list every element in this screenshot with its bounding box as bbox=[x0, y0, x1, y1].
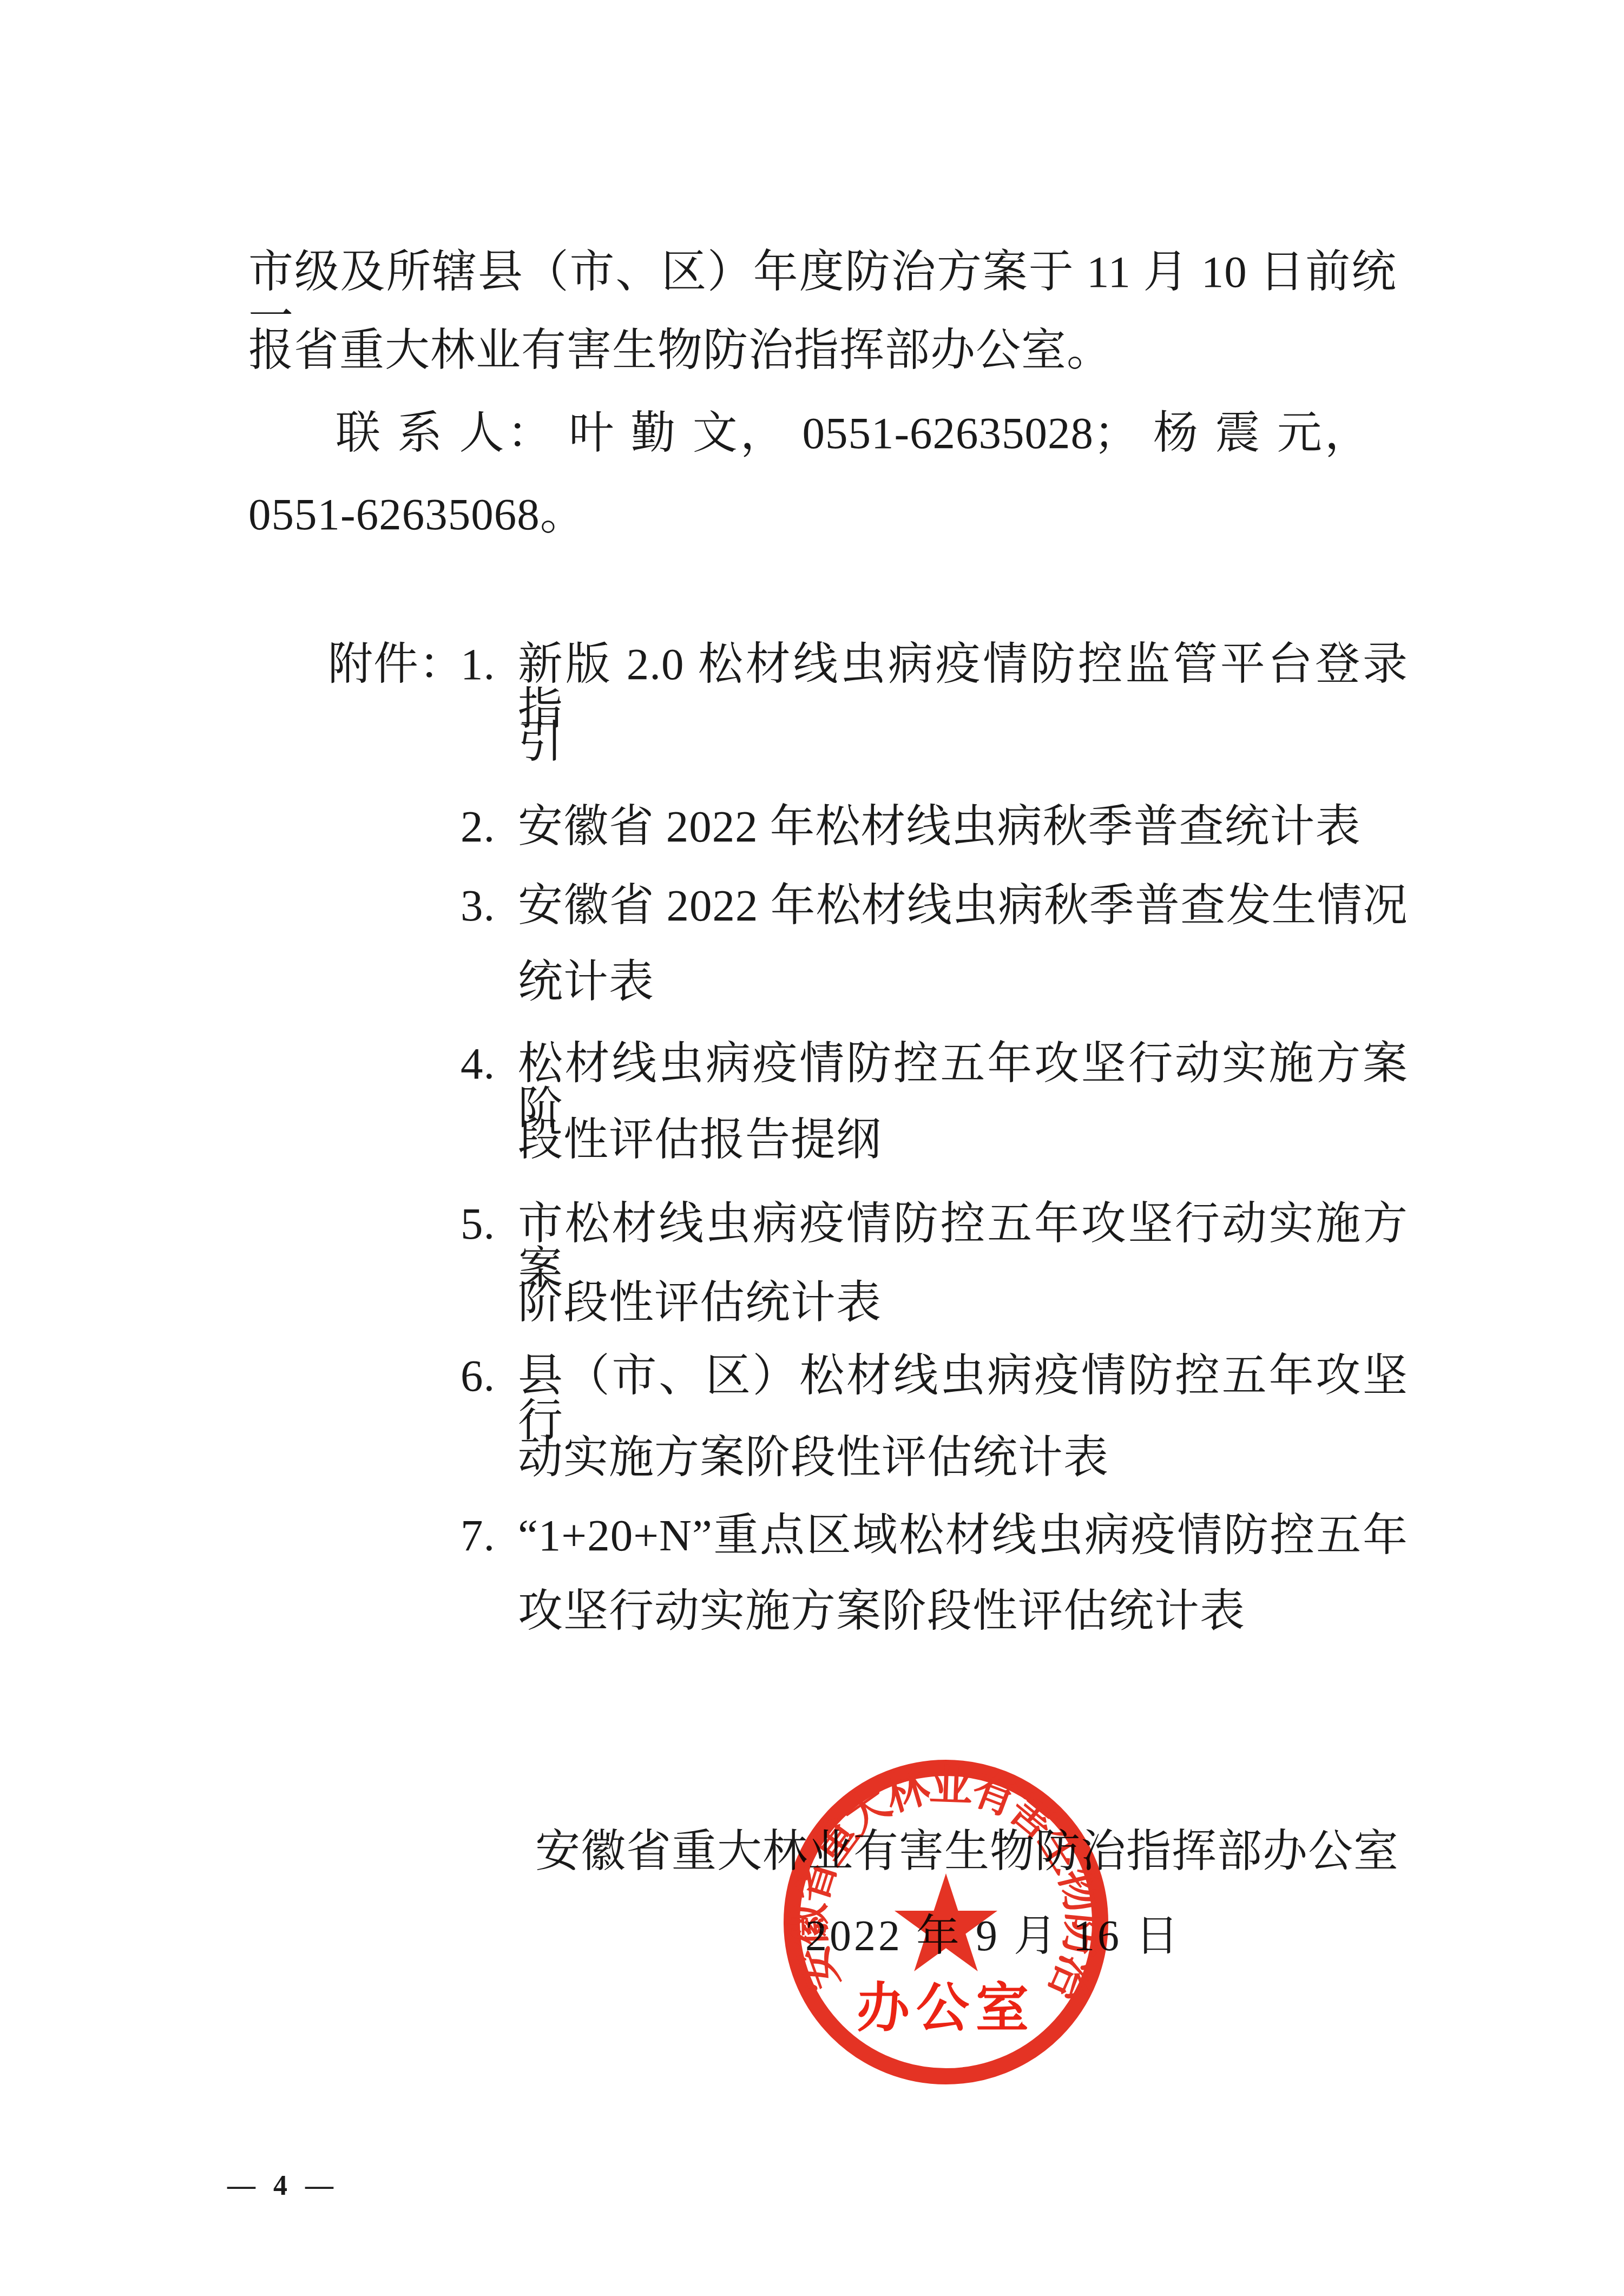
attachments-label: 附件： bbox=[328, 642, 461, 687]
attachment-6-number: 6. bbox=[461, 1353, 518, 1398]
attachment-6-continuation: 动实施方案阶段性评估统计表 bbox=[518, 1435, 1109, 1480]
attachment-7-text: “1+20+N”重点区域松材线虫病疫情防控五年 bbox=[518, 1513, 1408, 1558]
attachment-1-continuation: 引 bbox=[518, 720, 563, 765]
attachment-row-3: 3.安徽省 2022 年松材线虫病秋季普查发生情况 bbox=[461, 883, 1408, 928]
attachment-5-continuation: 阶段性评估统计表 bbox=[518, 1280, 882, 1325]
attachment-row-7: 7.“1+20+N”重点区域松材线虫病疫情防控五年 bbox=[461, 1513, 1408, 1558]
attachment-3-text: 安徽省 2022 年松材线虫病秋季普查发生情况 bbox=[518, 883, 1408, 928]
attachment-6-text: 县（市、区）松材线虫病疫情防控五年攻坚行 bbox=[518, 1353, 1408, 1443]
document-page: 市级及所辖县（市、区）年度防治方案于 11 月 10 日前统一 报省重大林业有害… bbox=[0, 0, 1624, 2296]
attachment-3-number: 3. bbox=[461, 883, 518, 928]
attachment-4-number: 4. bbox=[461, 1041, 518, 1086]
attachment-5-number: 5. bbox=[461, 1201, 518, 1246]
attachment-row-1: 附件：1.新版 2.0 松材线虫病疫情防控监管平台登录指 bbox=[328, 642, 1408, 732]
attachment-2-number: 2. bbox=[461, 804, 518, 849]
attachment-4-continuation: 段性评估报告提纲 bbox=[518, 1117, 882, 1162]
seal-center-text: 办公室 bbox=[857, 1979, 1035, 2038]
attachment-3-continuation: 统计表 bbox=[518, 959, 654, 1004]
attachment-7-number: 7. bbox=[461, 1513, 518, 1558]
attachment-2-text: 安徽省 2022 年松材线虫病秋季普查统计表 bbox=[518, 804, 1361, 849]
body-paragraph1-line2: 报省重大林业有害生物防治指挥部办公室。 bbox=[248, 328, 1112, 373]
page-number: — 4 — bbox=[227, 2172, 339, 2200]
attachment-1-number: 1. bbox=[461, 642, 518, 687]
attachment-7-continuation: 攻坚行动实施方案阶段性评估统计表 bbox=[518, 1589, 1245, 1634]
contact-line1: 联 系 人： 叶 勤 文， 0551-62635028； 杨 震 元， bbox=[336, 411, 1370, 456]
attachment-row-6: 6.县（市、区）松材线虫病疫情防控五年攻坚行 bbox=[461, 1353, 1408, 1443]
star-icon bbox=[895, 1873, 997, 1971]
contact-line2: 0551-62635068。 bbox=[248, 492, 586, 537]
attachment-row-2: 2.安徽省 2022 年松材线虫病秋季普查统计表 bbox=[461, 804, 1361, 849]
official-seal: 安徽省重大林业有害生物防治指挥部 办公室 bbox=[767, 1744, 1125, 2101]
attachment-1-text: 新版 2.0 松材线虫病疫情防控监管平台登录指 bbox=[518, 642, 1408, 732]
